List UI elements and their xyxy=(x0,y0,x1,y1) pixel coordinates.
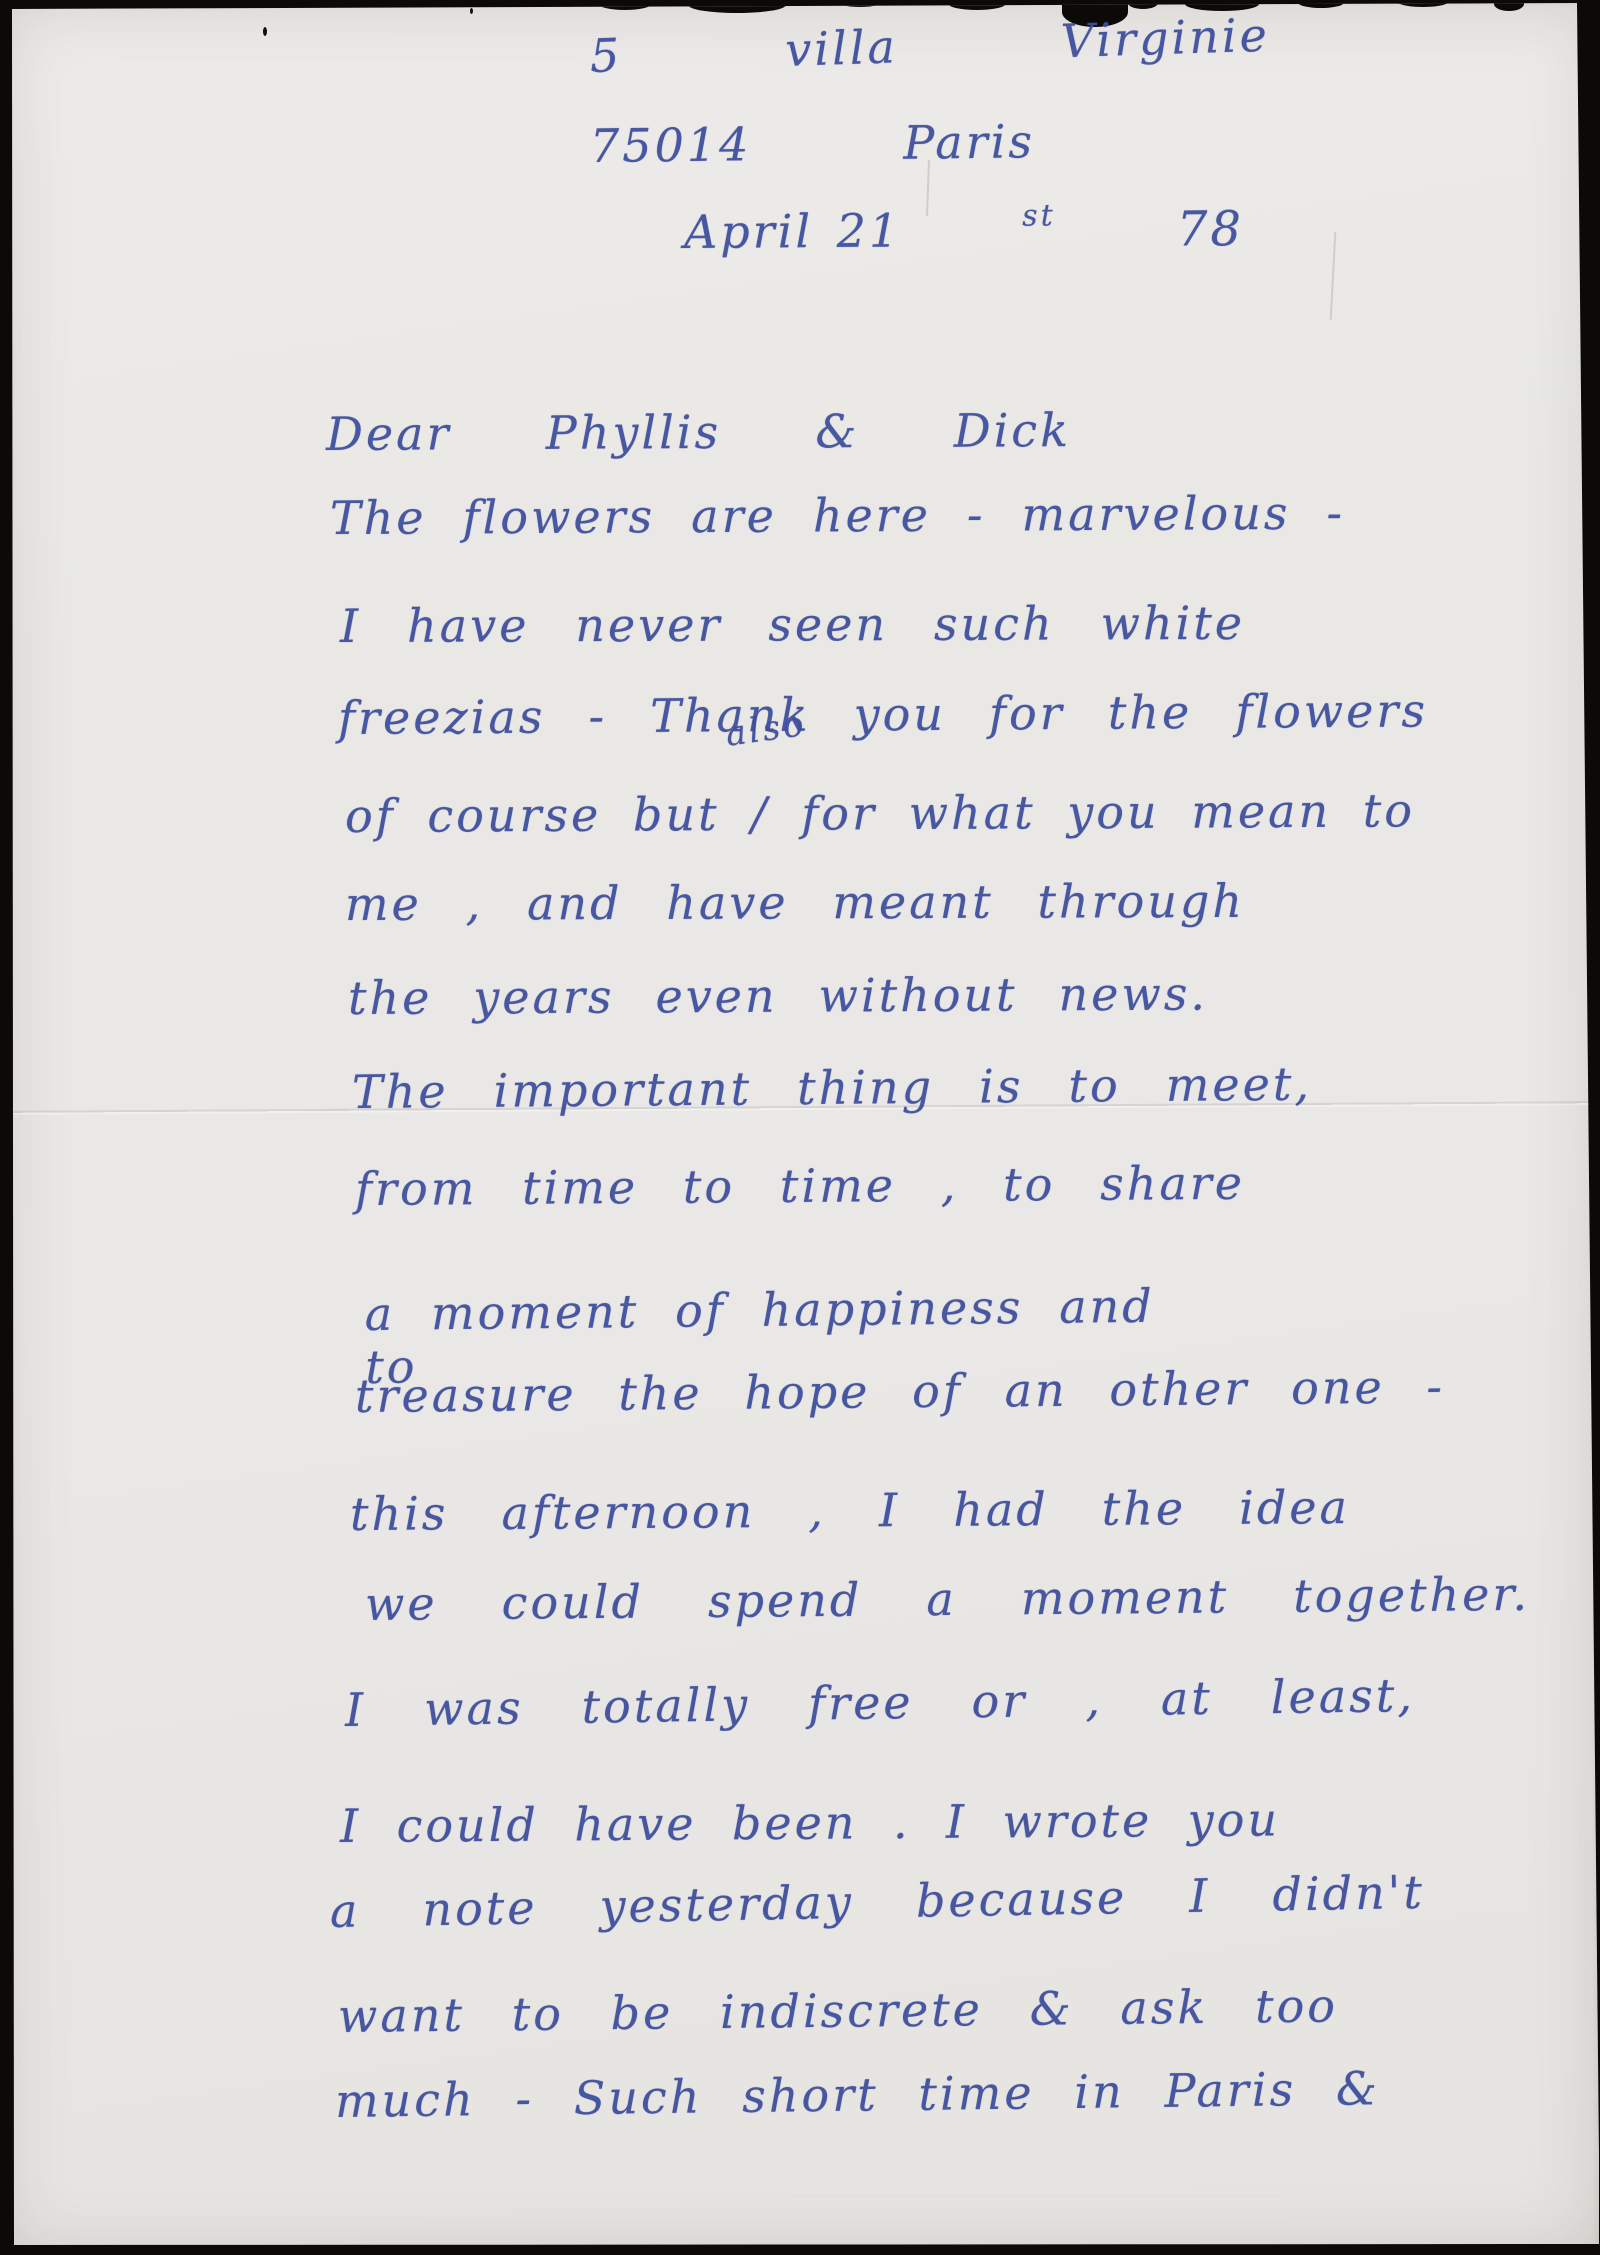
torn-edge xyxy=(948,0,1006,10)
paper-speck xyxy=(263,27,267,36)
date-year: 78 xyxy=(1177,202,1244,258)
handwriting-line: want to be indiscrete & ask too xyxy=(338,1980,1338,2043)
handwriting-line: the years even without news. xyxy=(348,967,1208,1024)
handwriting-line: of course but / for what you mean to xyxy=(345,784,1415,842)
handwriting-line: I was totally free or , at least, xyxy=(345,1669,1416,1737)
torn-edge xyxy=(838,0,882,7)
handwriting-line: The important thing is to meet, xyxy=(352,1058,1312,1119)
handwriting-line: a note yesterday because I didn't xyxy=(330,1866,1426,1938)
handwriting-line: this afternoon , I had the idea xyxy=(350,1481,1350,1541)
letter-paper: 5 villa Virginie 75014 Paris April 21st7… xyxy=(0,0,1600,2255)
handwriting-line: treasure the hope of an other one - xyxy=(355,1360,1445,1422)
date-day-part: April 21 xyxy=(684,204,902,258)
address-line-2: 75014 Paris xyxy=(590,115,1036,173)
handwriting-line: me , and have meant through xyxy=(345,875,1245,931)
date-ordinal-suffix: st xyxy=(1022,199,1056,234)
handwriting-line: from time to time , to share xyxy=(355,1157,1245,1216)
handwriting-line: The flowers are here - marvelous - xyxy=(330,487,1345,545)
date-line: April 21st78 xyxy=(684,202,1244,261)
handwriting-line: I could have been . I wrote you xyxy=(340,1793,1280,1852)
torn-edge xyxy=(688,0,786,13)
paper-scratch xyxy=(1330,232,1337,320)
torn-edge xyxy=(1128,0,1158,9)
handwriting-line: I have never seen such white xyxy=(340,597,1245,653)
torn-edge xyxy=(548,0,582,7)
handwriting-line: much - Such short time in Paris & xyxy=(335,2062,1381,2128)
letter-scan: 5 villa Virginie 75014 Paris April 21st7… xyxy=(0,0,1600,2255)
salutation-line: Dear Phyllis & Dick xyxy=(326,404,1071,461)
handwriting-line: freezias - Thank you for the flowers xyxy=(338,684,1428,744)
torn-edge xyxy=(1494,0,1524,11)
torn-edge xyxy=(1398,0,1448,7)
handwriting-line: we could spend a moment together. xyxy=(365,1568,1530,1631)
torn-edge xyxy=(1298,0,1344,8)
address-line-1: 5 villa Virginie xyxy=(589,9,1270,83)
torn-edge xyxy=(598,0,652,10)
paper-speck xyxy=(470,8,473,14)
